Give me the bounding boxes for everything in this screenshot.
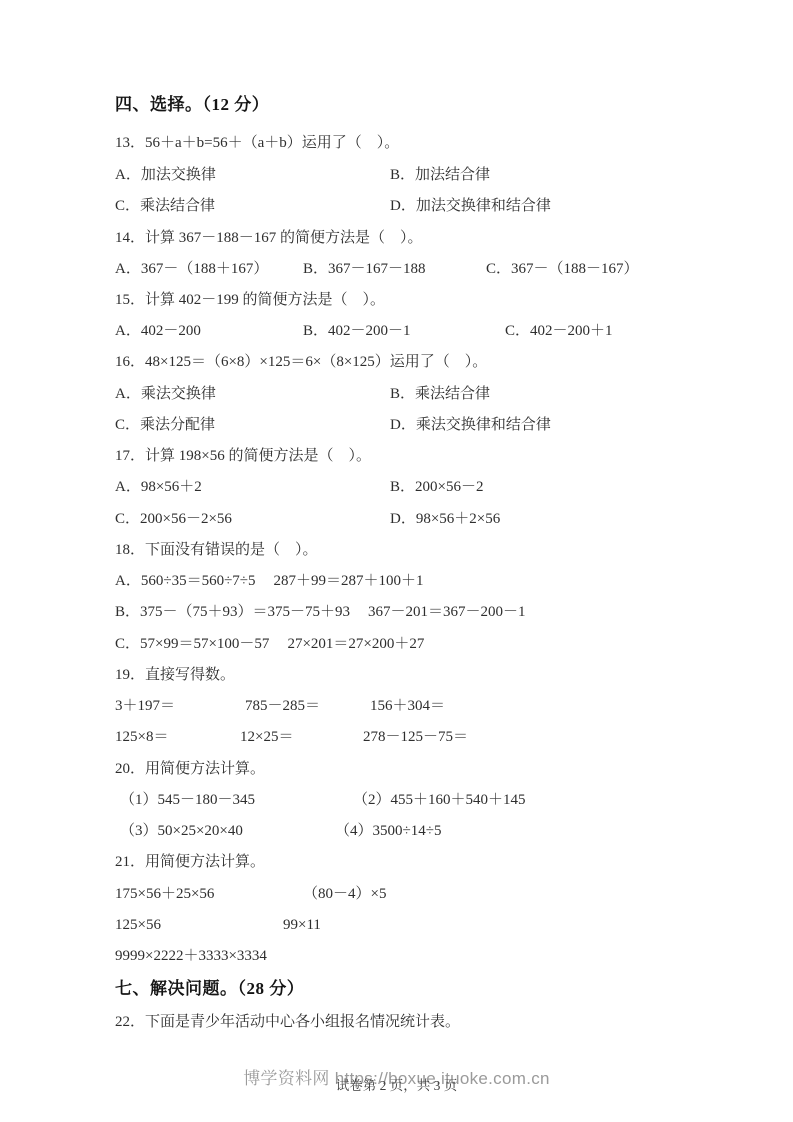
q17-option-d: D．98×56＋2×56 — [390, 509, 500, 529]
q13-stem: 13．56＋a＋b=56＋（a＋b）运用了（ ）。 — [115, 133, 399, 153]
q20-item: （3）50×25×20×40 — [120, 821, 243, 841]
q18-option-b: B．375－（75＋93）＝375－75＋93367－201＝367－200－1 — [115, 602, 526, 622]
q17-option-c: C．200×56－2×56 — [115, 509, 232, 529]
footer-page-number: 试卷第 2 页，共 3 页 — [0, 1074, 793, 1094]
q14-option-b: B．367－167－188 — [303, 259, 426, 279]
q16-options-row-1: A．乘法交换律 B．乘法结合律 — [0, 384, 793, 406]
q20-row-2: （3）50×25×20×40 （4）3500÷14÷5 — [0, 821, 793, 843]
q13-option-d: D．加法交换律和结合律 — [390, 196, 551, 216]
q13-option-c: C．乘法结合律 — [115, 196, 215, 216]
q17-option-a: A．98×56＋2 — [115, 477, 202, 497]
q19-item: 785－285＝ — [245, 696, 320, 716]
section-4-heading: 四、选择。（12 分） — [115, 93, 269, 117]
q14-option-c: C．367－（188－167） — [486, 259, 639, 279]
q18-option-b-eq2: 367－201＝367－200－1 — [368, 604, 526, 620]
q13-options-row-1: A．加法交换律 B．加法结合律 — [0, 165, 793, 187]
q15-option-b: B．402－200－1 — [303, 321, 411, 341]
exam-paper-page: 四、选择。（12 分） 13．56＋a＋b=56＋（a＋b）运用了（ ）。 A．… — [0, 0, 793, 1122]
q15-option-a: A．402－200 — [115, 321, 201, 341]
q19-item: 12×25＝ — [240, 727, 293, 747]
q20-item: （4）3500÷14÷5 — [335, 821, 441, 841]
q15-option-c: C．402－200＋1 — [505, 321, 613, 341]
q16-option-c: C．乘法分配律 — [115, 415, 215, 435]
q15-stem: 15．计算 402－199 的简便方法是（ ）。 — [115, 290, 385, 310]
q19-item: 156＋304＝ — [370, 696, 445, 716]
q18-option-c-eq2: 27×201＝27×200＋27 — [287, 636, 424, 652]
q13-option-b: B．加法结合律 — [390, 165, 490, 185]
q16-option-b: B．乘法结合律 — [390, 384, 490, 404]
q17-options-row-1: A．98×56＋2 B．200×56－2 — [0, 477, 793, 499]
q16-option-d: D．乘法交换律和结合律 — [390, 415, 551, 435]
q19-row-1: 3＋197＝ 785－285＝ 156＋304＝ — [0, 696, 793, 718]
q16-stem: 16．48×125＝（6×8）×125＝6×（8×125）运用了（ ）。 — [115, 352, 487, 372]
q14-options-row: A．367－（188＋167） B．367－167－188 C．367－（188… — [0, 259, 793, 281]
q21-stem: 21．用简便方法计算。 — [115, 852, 265, 872]
q18-option-a-eq1: A．560÷35＝560÷7÷5 — [115, 573, 256, 589]
q20-row-1: （1）545－180－345 （2）455＋160＋540＋145 — [0, 790, 793, 812]
q18-option-c: C．57×99＝57×100－5727×201＝27×200＋27 — [115, 634, 424, 654]
q21-row-2: 125×56 99×11 — [0, 915, 793, 937]
q15-options-row: A．402－200 B．402－200－1 C．402－200＋1 — [0, 321, 793, 343]
q18-option-a: A．560÷35＝560÷7÷5287＋99＝287＋100＋1 — [115, 571, 424, 591]
q19-row-2: 125×8＝ 12×25＝ 278－125－75＝ — [0, 727, 793, 749]
q18-option-c-eq1: C．57×99＝57×100－57 — [115, 636, 269, 652]
q21-item: 9999×2222＋3333×3334 — [115, 946, 267, 966]
q21-item: 125×56 — [115, 915, 161, 935]
q16-options-row-2: C．乘法分配律 D．乘法交换律和结合律 — [0, 415, 793, 437]
q20-item: （2）455＋160＋540＋145 — [353, 790, 526, 810]
q21-item: 175×56＋25×56 — [115, 884, 214, 904]
q21-row-3: 9999×2222＋3333×3334 — [0, 946, 793, 968]
q14-option-a: A．367－（188＋167） — [115, 259, 268, 279]
q13-option-a: A．加法交换律 — [115, 165, 216, 185]
q19-item: 3＋197＝ — [115, 696, 175, 716]
q18-stem: 18．下面没有错误的是（ ）。 — [115, 540, 318, 560]
q13-options-row-2: C．乘法结合律 D．加法交换律和结合律 — [0, 196, 793, 218]
q17-stem: 17．计算 198×56 的简便方法是（ ）。 — [115, 446, 371, 466]
q21-row-1: 175×56＋25×56 （80－4）×5 — [0, 884, 793, 906]
q18-option-b-eq1: B．375－（75＋93）＝375－75＋93 — [115, 604, 350, 620]
q20-item: （1）545－180－345 — [120, 790, 255, 810]
q21-item: （80－4）×5 — [303, 884, 386, 904]
q19-stem: 19．直接写得数。 — [115, 665, 235, 685]
q14-stem: 14．计算 367－188－167 的简便方法是（ ）。 — [115, 228, 423, 248]
q22-stem: 22．下面是青少年活动中心各小组报名情况统计表。 — [115, 1012, 460, 1032]
q17-option-b: B．200×56－2 — [390, 477, 483, 497]
q19-item: 125×8＝ — [115, 727, 168, 747]
q16-option-a: A．乘法交换律 — [115, 384, 216, 404]
q19-item: 278－125－75＝ — [363, 727, 468, 747]
q17-options-row-2: C．200×56－2×56 D．98×56＋2×56 — [0, 509, 793, 531]
q20-stem: 20．用简便方法计算。 — [115, 759, 265, 779]
q21-item: 99×11 — [283, 915, 321, 935]
q18-option-a-eq2: 287＋99＝287＋100＋1 — [274, 573, 424, 589]
section-7-heading: 七、解决问题。（28 分） — [115, 977, 304, 1001]
